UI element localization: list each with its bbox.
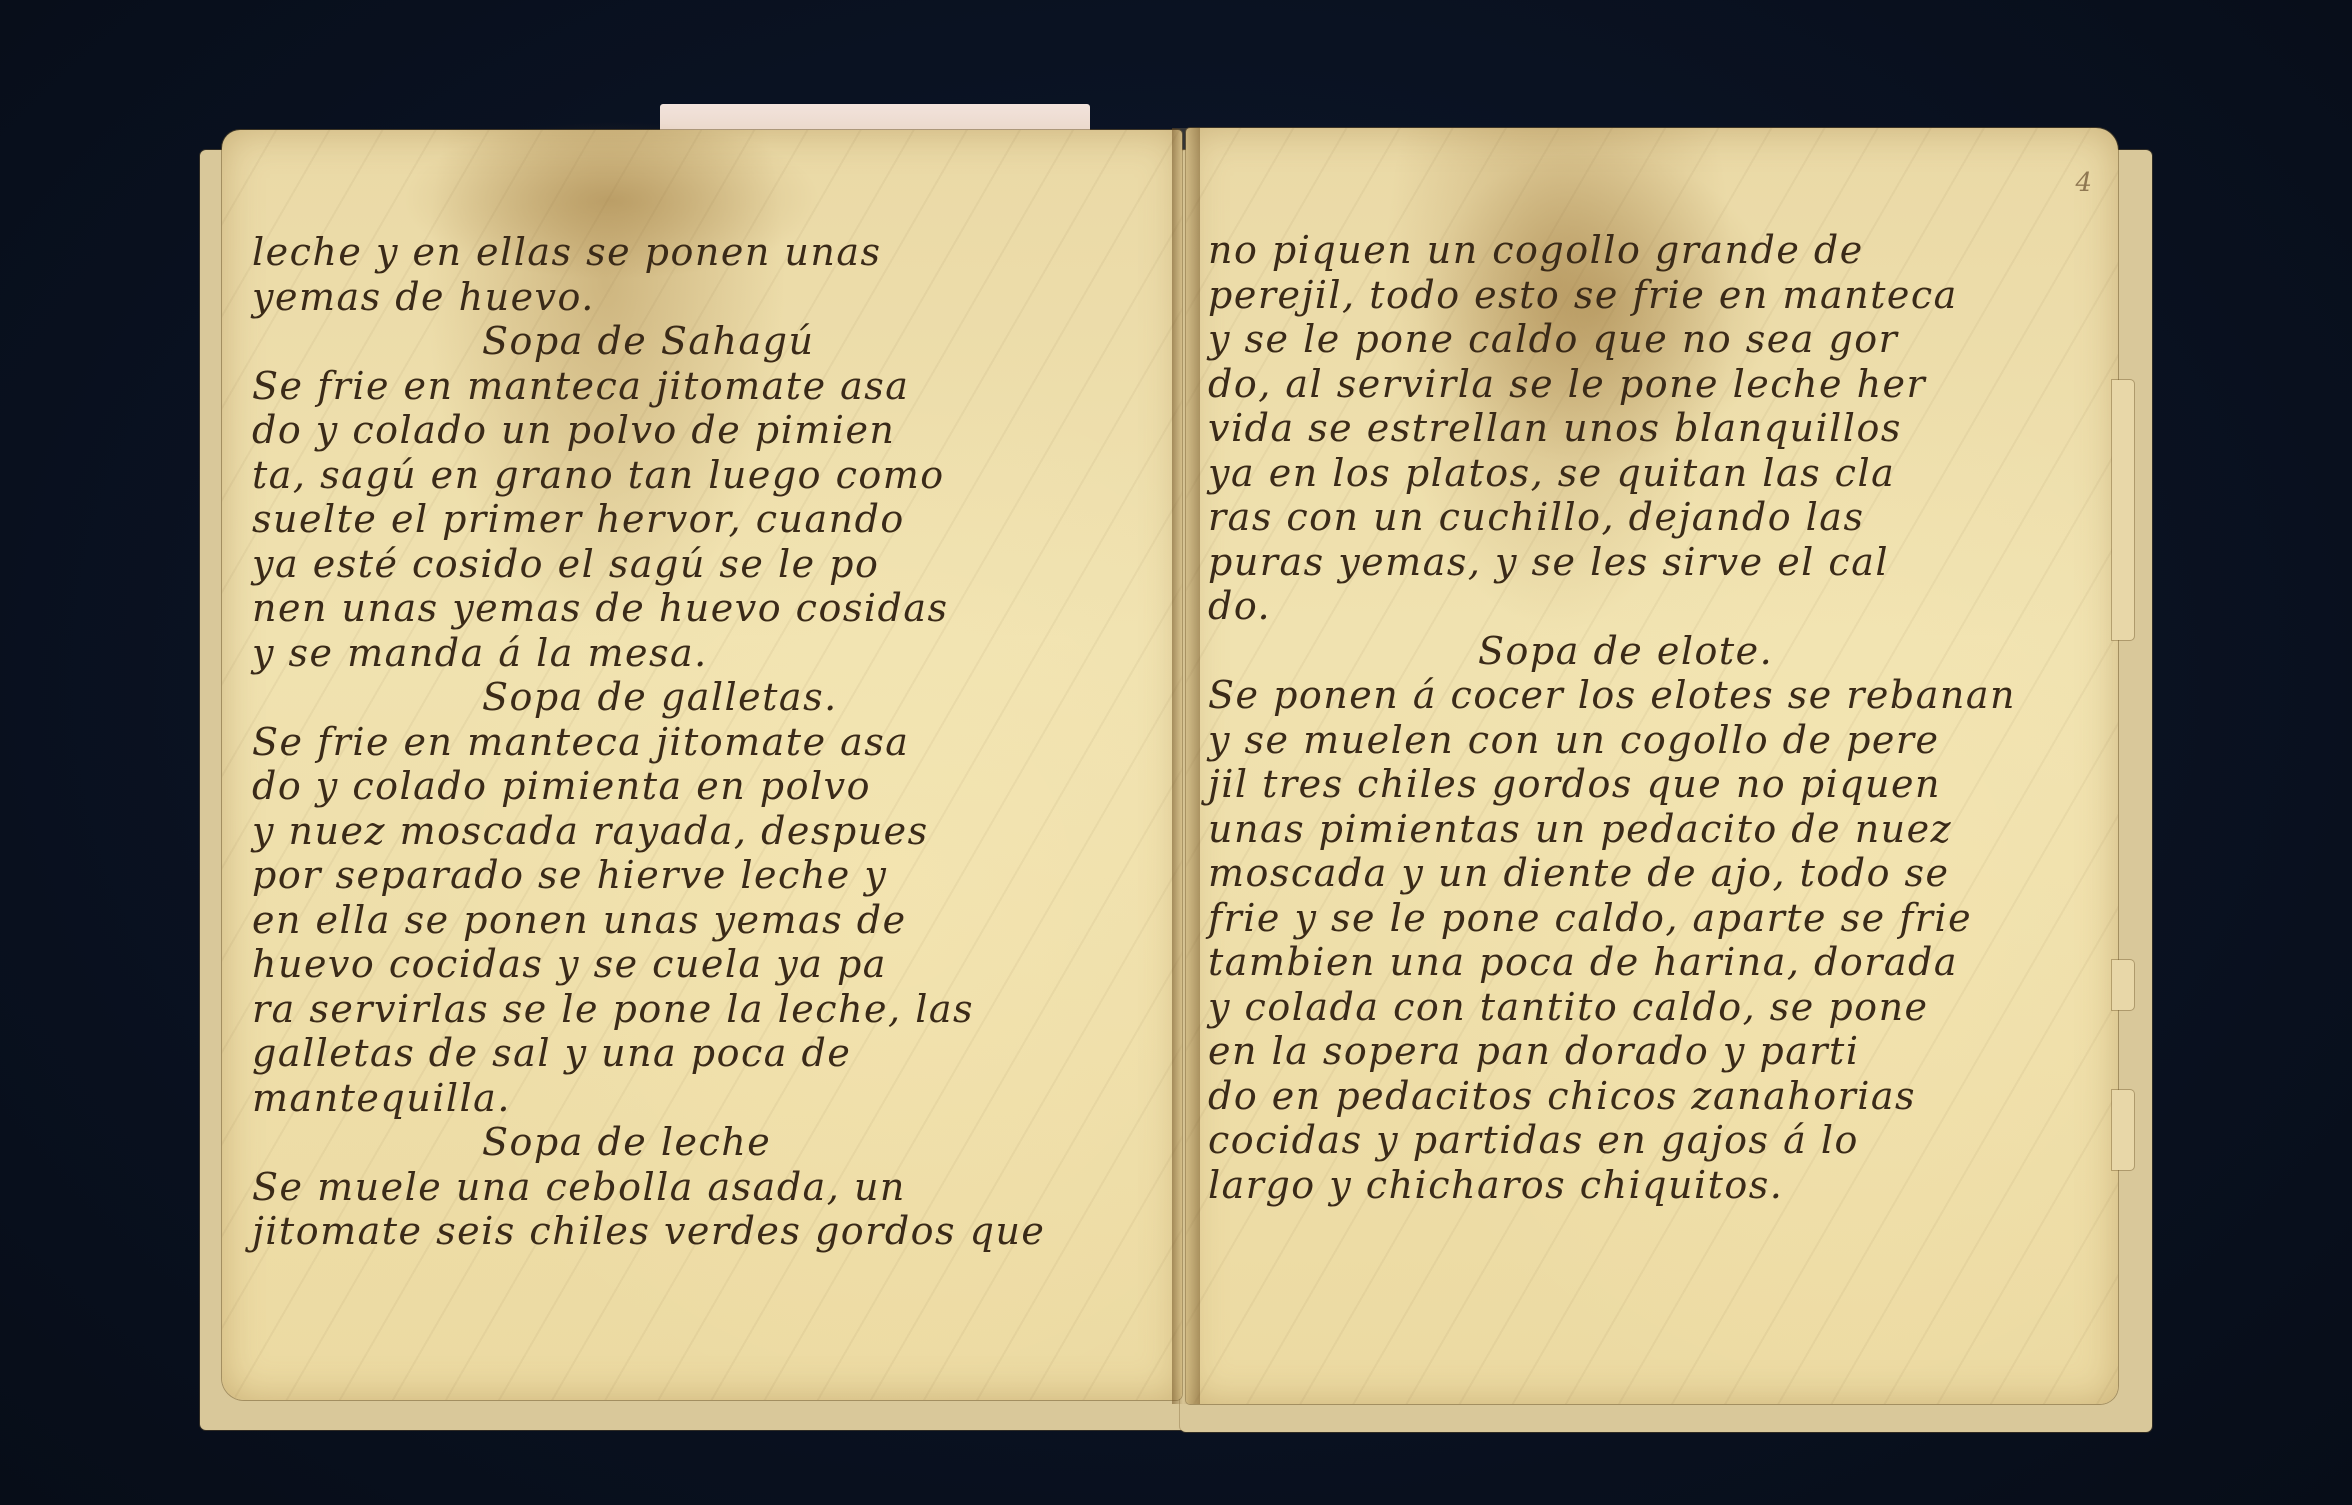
handwritten-line: cocidas y partidas en gajos á lo	[1208, 1118, 2098, 1163]
handwritten-line: y se manda á la mesa.	[252, 631, 1152, 676]
handwritten-line: do, al servirla se le pone leche her	[1208, 362, 2098, 407]
handwritten-line: Se ponen á cocer los elotes se rebanan	[1208, 673, 2098, 718]
handwritten-line: leche y en ellas se ponen unas	[252, 230, 1152, 275]
handwritten-line: do y colado pimienta en polvo	[252, 764, 1152, 809]
handwritten-line: en ella se ponen unas yemas de	[252, 898, 1152, 943]
handwritten-line: ras con un cuchillo, dejando las	[1208, 495, 2098, 540]
handwritten-line: tambien una poca de harina, dorada	[1208, 940, 2098, 985]
handwritten-line: do.	[1208, 584, 2098, 629]
recipe-title: Sopa de galletas.	[252, 675, 1152, 720]
handwritten-line: unas pimientas un pedacito de nuez	[1208, 807, 2098, 852]
handwritten-line: no piquen un cogollo grande de	[1208, 228, 2098, 273]
handwritten-line: suelte el primer hervor, cuando	[252, 497, 1152, 542]
page-edge	[2112, 960, 2134, 1010]
handwritten-line: perejil, todo esto se frie en manteca	[1208, 273, 2098, 318]
handwritten-line: en la sopera pan dorado y parti	[1208, 1029, 2098, 1074]
handwritten-line: Se frie en manteca jitomate asa	[252, 720, 1152, 765]
right-page: 4 no piquen un cogollo grande deperejil,…	[1186, 128, 2118, 1404]
book-gutter	[1172, 128, 1200, 1404]
handwritten-line: ya esté cosido el sagú se le po	[252, 542, 1152, 587]
handwritten-line: frie y se le pone caldo, aparte se frie	[1208, 896, 2098, 941]
page-edge	[2112, 1090, 2134, 1170]
handwritten-line: ra servirlas se le pone la leche, las	[252, 987, 1152, 1032]
right-page-text: no piquen un cogollo grande deperejil, t…	[1208, 228, 2098, 1207]
handwritten-line: galletas de sal y una poca de	[252, 1031, 1152, 1076]
handwritten-line: yemas de huevo.	[252, 275, 1152, 320]
page-number: 4	[2075, 168, 2092, 198]
open-notebook: leche y en ellas se ponen unasyemas de h…	[0, 0, 2352, 1505]
recipe-title: Sopa de Sahagú	[252, 319, 1152, 364]
handwritten-line: ta, sagú en grano tan luego como	[252, 453, 1152, 498]
handwritten-line: jitomate seis chiles verdes gordos que	[252, 1209, 1152, 1254]
handwritten-line: largo y chicharos chiquitos.	[1208, 1163, 2098, 1208]
handwritten-line: do y colado un polvo de pimien	[252, 408, 1152, 453]
handwritten-line: Se frie en manteca jitomate asa	[252, 364, 1152, 409]
handwritten-line: vida se estrellan unos blanquillos	[1208, 406, 2098, 451]
handwritten-line: y nuez moscada rayada, despues	[252, 809, 1152, 854]
handwritten-line: ya en los platos, se quitan las cla	[1208, 451, 2098, 496]
handwritten-line: moscada y un diente de ajo, todo se	[1208, 851, 2098, 896]
handwritten-line: Se muele una cebolla asada, un	[252, 1165, 1152, 1210]
page-edge	[2112, 380, 2134, 640]
handwritten-line: do en pedacitos chicos zanahorias	[1208, 1074, 2098, 1119]
handwritten-line: huevo cocidas y se cuela ya pa	[252, 942, 1152, 987]
handwritten-line: y se le pone caldo que no sea gor	[1208, 317, 2098, 362]
recipe-title: Sopa de elote.	[1208, 629, 2098, 674]
handwritten-line: nen unas yemas de huevo cosidas	[252, 586, 1152, 631]
handwritten-line: puras yemas, y se les sirve el cal	[1208, 540, 2098, 585]
handwritten-line: y se muelen con un cogollo de pere	[1208, 718, 2098, 763]
recipe-title: Sopa de leche	[252, 1120, 1152, 1165]
handwritten-line: jil tres chiles gordos que no piquen	[1208, 762, 2098, 807]
handwritten-line: y colada con tantito caldo, se pone	[1208, 985, 2098, 1030]
left-page-text: leche y en ellas se ponen unasyemas de h…	[252, 230, 1152, 1254]
handwritten-line: por separado se hierve leche y	[252, 853, 1152, 898]
handwritten-line: mantequilla.	[252, 1076, 1152, 1121]
left-page: leche y en ellas se ponen unasyemas de h…	[222, 130, 1182, 1400]
